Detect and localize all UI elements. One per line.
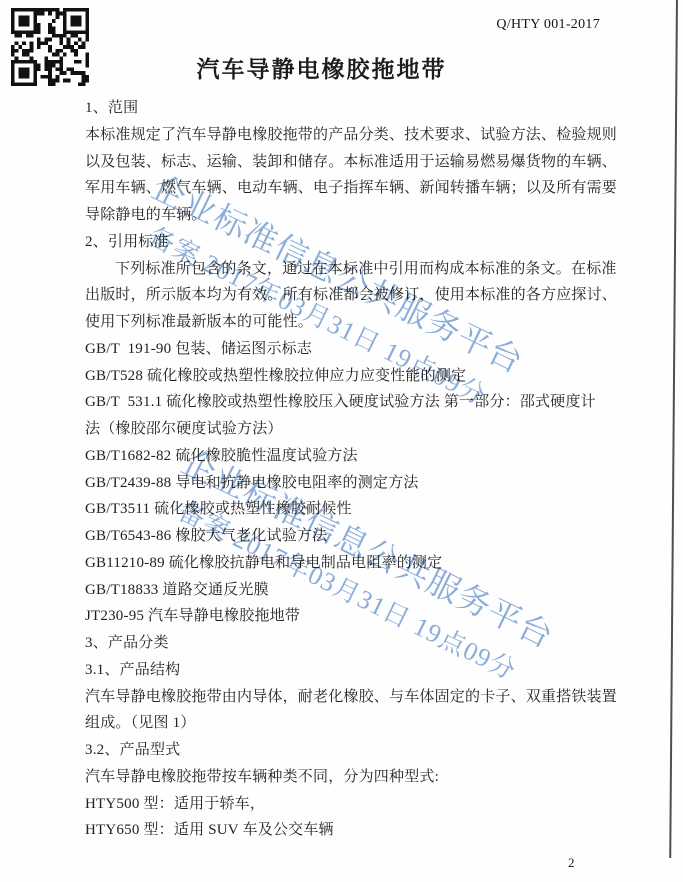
text-line: 汽车导静电橡胶拖带由内导体，耐老化橡胶、与车体固定的卡子、双重搭铁装置 [85,684,643,711]
text-line: 导除静电的车辆。 [85,202,643,229]
text-line: GB/T1682-82 硫化橡胶脆性温度试验方法 [85,443,643,470]
text-line: GB/T 531.1 硫化橡胶或热塑性橡胶压入硬度试验方法 第一部分：邵式硬度计 [85,389,643,416]
text-line: 1、范围 [85,95,643,122]
text-line: 本标准规定了汽车导静电橡胶拖带的产品分类、技术要求、试验方法、检验规则 [85,122,643,149]
text-line: 2、引用标准 [85,229,643,256]
document-page: Q/HTY 001-2017 汽车导静电橡胶拖地带 1、范围本标准规定了汽车导静… [0,0,683,882]
text-line: JT230-95 汽车导静电橡胶拖地带 [85,603,643,630]
page-title: 汽车导静电橡胶拖地带 [40,51,603,84]
scan-edge-line [669,0,678,858]
text-line: 3.1、产品结构 [85,657,643,684]
text-line: 法（橡胶邵尔硬度试验方法） [85,416,643,443]
text-line: GB/T528 硫化橡胶或热塑性橡胶拉伸应力应变性能的测定 [85,363,643,390]
text-line: 以及包装、标志、运输、装卸和储存。本标准适用于运输易燃易爆货物的车辆、 [85,149,643,176]
page-number: 2 [568,855,575,871]
text-line: 3、产品分类 [85,630,643,657]
text-line: 3.2、产品型式 [85,737,643,764]
text-line: HTY650 型：适用 SUV 车及公交车辆 [85,817,643,844]
text-line: GB/T 191-90 包装、储运图示标志 [85,336,643,363]
text-line: 汽车导静电橡胶拖带按车辆种类不同，分为四种型式: [85,764,643,791]
doc-number: Q/HTY 001-2017 [0,17,600,33]
text-line: 使用下列标准最新版本的可能性。 [85,309,643,336]
text-line: 军用车辆、燃气车辆、电动车辆、电子指挥车辆、新闻转播车辆；以及所有需要 [85,175,643,202]
text-line: GB/T3511 硫化橡胶或热塑性橡胶耐候性 [85,496,643,523]
document-body: 1、范围本标准规定了汽车导静电橡胶拖带的产品分类、技术要求、试验方法、检验规则以… [85,95,643,844]
text-line: GB11210-89 硫化橡胶抗静电和导电制品电阻率的测定 [85,550,643,577]
text-line: GB/T18833 道路交通反光膜 [85,577,643,604]
text-line: 下列标准所包含的条文，通过在本标准中引用而构成本标准的条文。在标准 [85,256,643,283]
text-line: HTY500 型：适用于轿车， [85,791,643,818]
text-line: 出版时，所示版本均为有效。所有标准都会被修订，使用本标准的各方应探讨、 [85,282,643,309]
text-line: GB/T6543-86 橡胶大气老化试验方法 [85,523,643,550]
text-line: 组成。（见图 1） [85,710,643,737]
text-line: GB/T2439-88 导电和抗静电橡胶电阻率的测定方法 [85,470,643,497]
